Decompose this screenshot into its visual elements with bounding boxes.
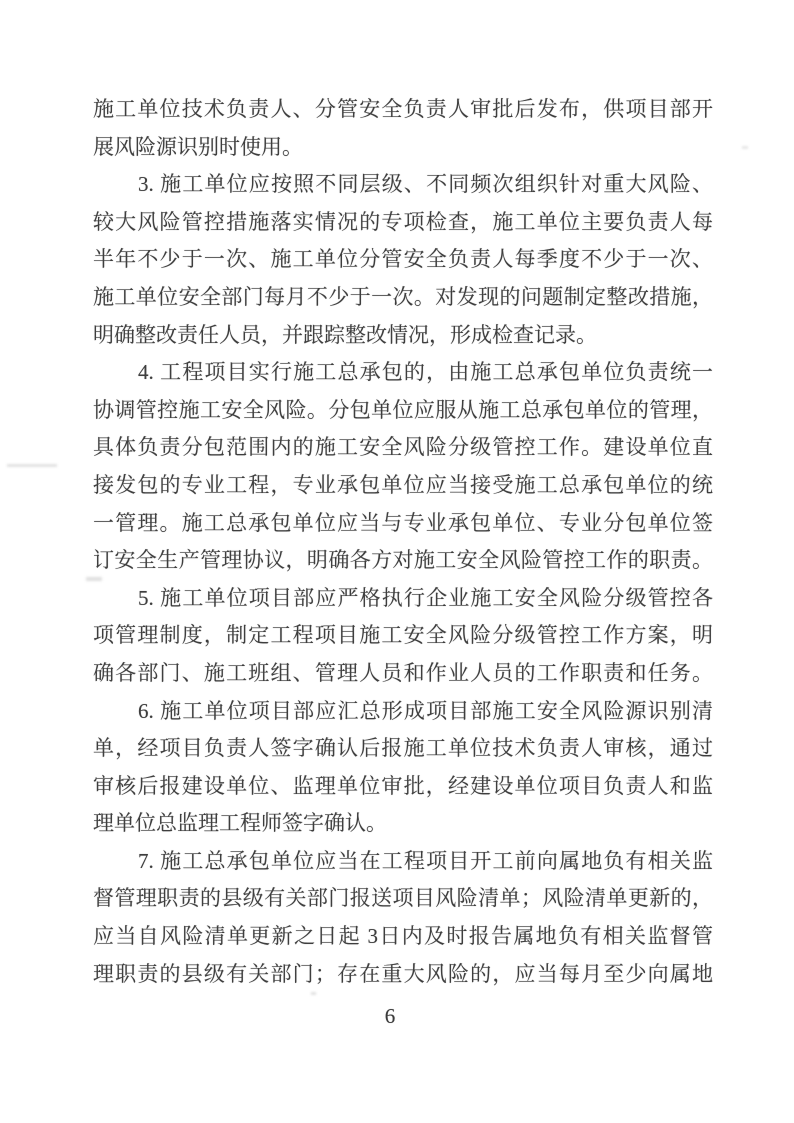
text-line: 审核后报建设单位、监理单位审批，经建设单位项目负责人和监	[93, 768, 713, 806]
page-number: 6	[0, 1001, 780, 1031]
text-line: 理职责的县级有关部门；存在重大风险的，应当每月至少向属地	[93, 956, 713, 994]
text-line: 理单位总监理工程师签字确认。	[93, 805, 713, 843]
text-line: 具体负责分包范围内的施工安全风险分级管控工作。建设单位直	[93, 429, 713, 467]
text-line: 较大风险管控措施落实情况的专项检查，施工单位主要负责人每	[93, 204, 713, 242]
text-line: 展风险源识别时使用。	[93, 129, 713, 167]
text-line: 5. 施工单位项目部应严格执行企业施工安全风险分级管控各	[93, 580, 713, 618]
text-line: 4. 工程项目实行施工总承包的，由施工总承包单位负责统一	[93, 354, 713, 392]
text-line: 督管理职责的县级有关部门报送项目风险清单；风险清单更新的，	[93, 880, 713, 918]
text-line: 确各部门、施工班组、管理人员和作业人员的工作职责和任务。	[93, 655, 713, 693]
text-line: 接发包的专业工程，专业承包单位应当接受施工总承包单位的统	[93, 467, 713, 505]
text-line: 项管理制度，制定工程项目施工安全风险分级管控工作方案，明	[93, 617, 713, 655]
text-line: 一管理。施工总承包单位应当与专业承包单位、专业分包单位签	[93, 505, 713, 543]
text-line: 3. 施工单位应按照不同层级、不同频次组织针对重大风险、	[93, 166, 713, 204]
text-line: 单，经项目负责人签字确认后报施工单位技术负责人审核，通过	[93, 730, 713, 768]
text-line: 协调管控施工安全风险。分包单位应服从施工总承包单位的管理，	[93, 392, 713, 430]
scan-artifact	[7, 464, 57, 467]
document-body: 施工单位技术负责人、分管安全负责人审批后发布，供项目部开展风险源识别时使用。3.…	[93, 91, 713, 993]
text-line: 施工单位安全部门每月不少于一次。对发现的问题制定整改措施，	[93, 279, 713, 317]
scan-artifact	[742, 146, 748, 149]
text-line: 施工单位技术负责人、分管安全负责人审批后发布，供项目部开	[93, 91, 713, 129]
text-line: 7. 施工总承包单位应当在工程项目开工前向属地负有相关监	[93, 843, 713, 881]
text-line: 订安全生产管理协议，明确各方对施工安全风险管控工作的职责。	[93, 542, 713, 580]
text-line: 半年不少于一次、施工单位分管安全负责人每季度不少于一次、	[93, 241, 713, 279]
text-line: 6. 施工单位项目部应汇总形成项目部施工安全风险源识别清	[93, 693, 713, 731]
text-line: 应当自风险清单更新之日起 3日内及时报告属地负有相关监督管	[93, 918, 713, 956]
text-line: 明确整改责任人员，并跟踪整改情况，形成检查记录。	[93, 317, 713, 355]
document-page: 施工单位技术负责人、分管安全负责人审批后发布，供项目部开展风险源识别时使用。3.…	[0, 0, 794, 1123]
